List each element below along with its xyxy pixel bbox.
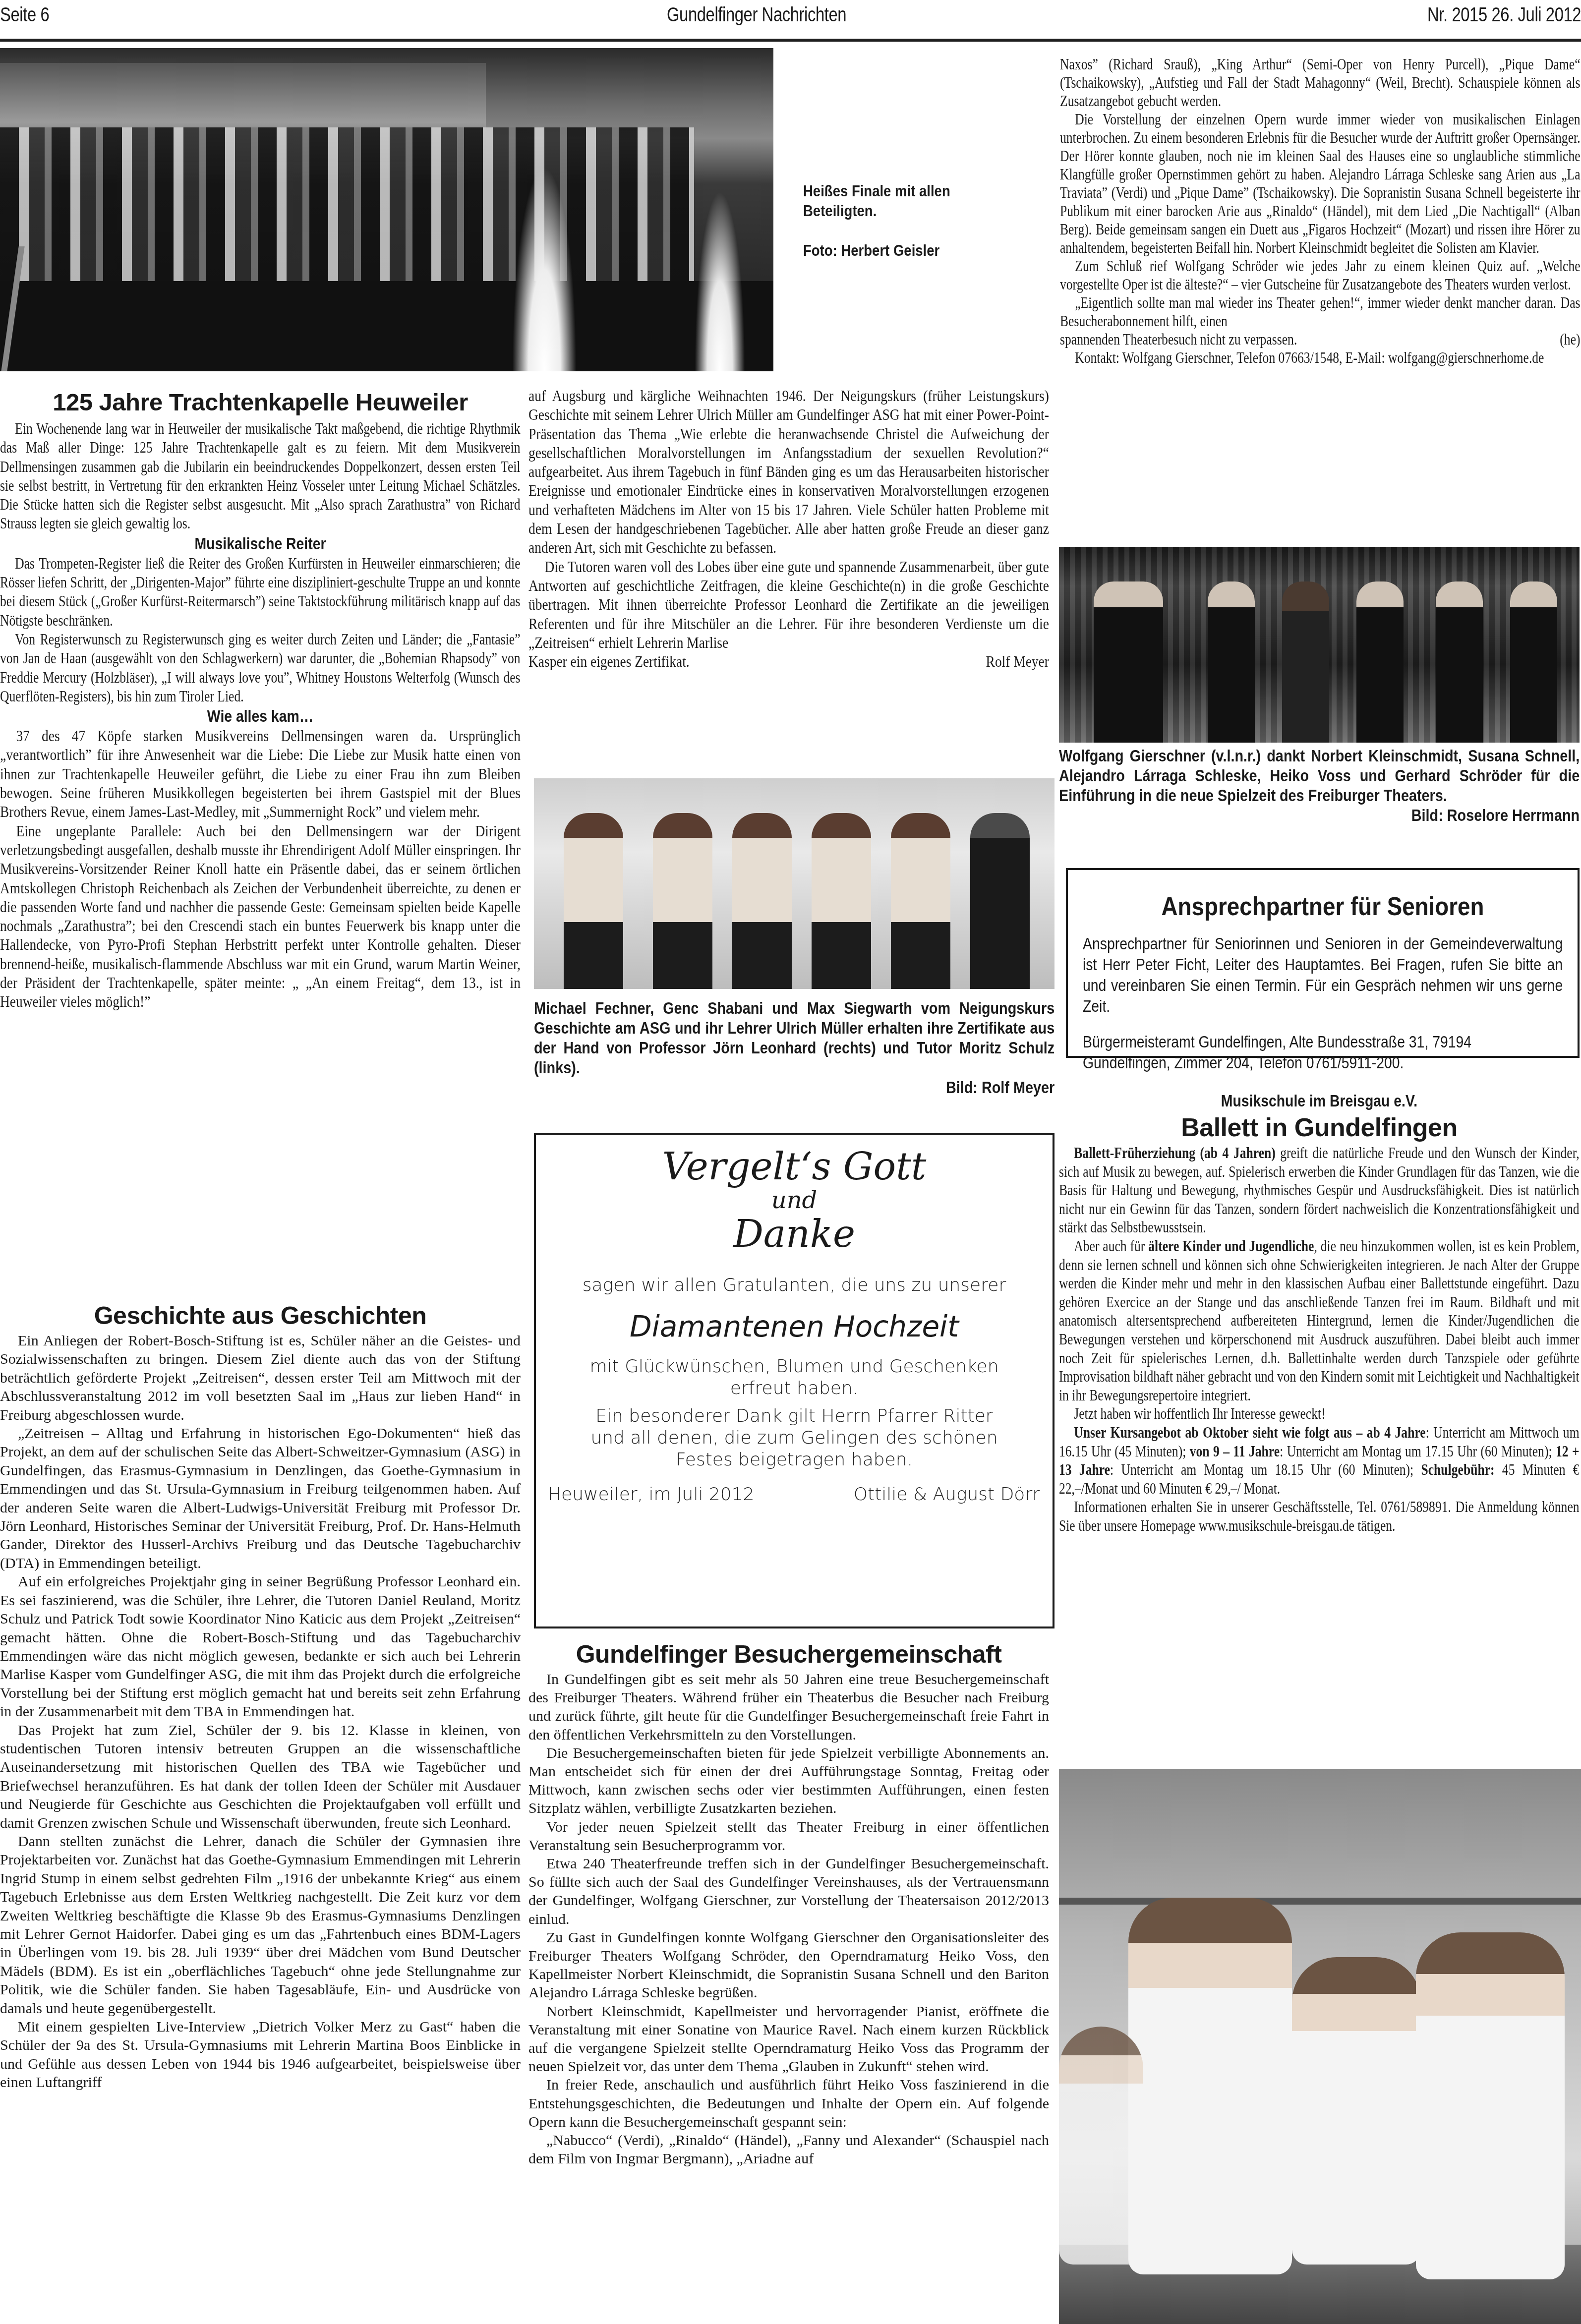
person	[1094, 581, 1163, 743]
child-dancer	[1128, 1898, 1292, 2274]
person	[564, 813, 623, 989]
paragraph: Von Registerwunsch zu Registerwunsch gin…	[0, 630, 521, 706]
issue-date: Nr. 2015 26. Juli 2012	[1427, 4, 1581, 26]
paragraph: „Eigentlich sollte man mal wieder ins Th…	[1060, 294, 1581, 331]
box-text: Ansprechpartner für Seniorinnen und Seni…	[1083, 933, 1563, 1017]
article-headline: Gundelfinger Besuchergemeinschaft	[528, 1638, 1049, 1670]
person	[1356, 581, 1404, 743]
ad-footer: Heuweiler, im Juli 2012 Ottilie & August…	[536, 1484, 1053, 1506]
ad-text: sagen wir allen Gratulanten, die uns zu …	[536, 1275, 1053, 1296]
article-headline: Ballett in Gundelfingen	[1059, 1111, 1580, 1144]
ad-title-connector: und	[536, 1187, 1053, 1213]
paragraph: Ballett-Früherziehung (ab 4 Jahren) grei…	[1059, 1144, 1580, 1237]
header-rule	[0, 39, 1581, 42]
fee-label: Schulgebühr:	[1421, 1461, 1494, 1478]
person	[1208, 581, 1255, 743]
author-signature: Rolf Meyer	[986, 652, 1049, 671]
schedule-label: von 9 – 11 Jahre	[1190, 1443, 1280, 1460]
ballet-children-photo	[1059, 1769, 1581, 2324]
paragraph: Ein Anliegen der Robert-Bosch-Stiftung i…	[0, 1332, 521, 1424]
paragraph: „Nabucco“ (Verdi), „Rinaldo“ (Händel), „…	[528, 2131, 1049, 2168]
paragraph: 37 des 47 Köpfe starken Musikvereins Del…	[0, 727, 521, 821]
person	[891, 813, 950, 989]
article-headline: 125 Jahre Trachtenkapelle Heuweiler	[0, 387, 521, 418]
person	[732, 813, 792, 989]
musicians	[0, 127, 694, 286]
author-signature: (he)	[1560, 331, 1580, 349]
paragraph: In Gundelfingen gibt es seit mehr als 50…	[528, 1670, 1049, 1744]
contact-info: Kontakt: Wolfgang Gierschner, Telefon 07…	[1060, 349, 1581, 367]
paragraph: Naxos” (Richard Srauß), „King Arthur“ (S…	[1060, 56, 1581, 111]
paragraph-text: Aber auch für	[1074, 1238, 1148, 1255]
paragraph: Jetzt haben wir hoffentlich Ihr Interess…	[1059, 1405, 1580, 1424]
theater-photo-caption: Wolfgang Gierschner (v.l.n.r.) dankt Nor…	[1059, 747, 1580, 826]
closing-line: spannenden Theaterbesuch nicht zu verpas…	[1060, 331, 1581, 349]
ad-title: Vergelt‘s Gott	[536, 1146, 1053, 1187]
paragraph: Dann stellten zunächst die Lehrer, danac…	[0, 1832, 521, 2018]
article-headline: Geschichte aus Geschichten	[0, 1300, 521, 1332]
paragraph-end: spannenden Theaterbesuch nicht zu verpas…	[1060, 331, 1297, 349]
paragraph: Zum Schluß rief Wolfgang Schröder wie je…	[1060, 257, 1581, 294]
stage-front	[0, 281, 773, 371]
bold-lead: Ballett-Früherziehung (ab 4 Jahren)	[1074, 1145, 1276, 1162]
paragraph: Die Besuchergemeinschaften bieten für je…	[528, 1744, 1049, 1818]
paragraph: Etwa 240 Theaterfreunde treffen sich in …	[528, 1855, 1049, 1928]
paragraph: Vor jeder neuen Spielzeit stellt das The…	[528, 1818, 1049, 1855]
paragraph: Die Vorstellung der einzelnen Opern wurd…	[1060, 111, 1581, 257]
person	[653, 813, 712, 989]
theater-ensemble-photo	[1059, 547, 1580, 743]
paragraph: Das Projekt hat zum Ziel, Schüler der 9.…	[0, 1721, 521, 1832]
paragraph: Aber auch für ältere Kinder und Jugendli…	[1059, 1237, 1580, 1405]
ad-text: mit Glückwünschen, Blumen und Geschenken	[536, 1356, 1053, 1378]
paragraph: Ein Wochenende lang war in Heuweiler der…	[0, 419, 521, 533]
caption-text: Michael Fechner, Genc Shabani und Max Si…	[534, 999, 1054, 1077]
article-kicker: Musikschule im Breisgau e.V.	[1096, 1091, 1543, 1111]
person	[1436, 581, 1483, 743]
schedule-slot: : Unterricht am Montag um 18.15 Uhr (60 …	[1110, 1461, 1421, 1478]
box-address: Bürgermeisteramt Gundelfingen, Alte Bund…	[1083, 1032, 1563, 1073]
box-headline: Ansprechpartner für Senioren	[1112, 892, 1534, 922]
ballet-barre	[1059, 1898, 1581, 1905]
schedule-label: Unser Kursangebot ab Oktober sieht wie f…	[1074, 1424, 1425, 1441]
article-trachtenkapelle: 125 Jahre Trachtenkapelle Heuweiler Ein …	[0, 387, 521, 1012]
article-geschichte-continued: auf Augsburg und kärgliche Weihnachten 1…	[528, 387, 1049, 671]
paragraph: Informationen erhalten Sie in unserer Ge…	[1059, 1498, 1580, 1535]
article-geschichte: Geschichte aus Geschichten Ein Anliegen …	[0, 1300, 521, 2092]
photo-credit: Bild: Roselore Herrmann	[1411, 806, 1580, 826]
paragraph: „Zeitreisen – Alltag und Erfahrung in hi…	[0, 1424, 521, 1572]
page-header: Seite 6 Gundelfinger Nachrichten Nr. 201…	[0, 0, 1581, 40]
paragraph: Mit einem gespielten Live-Interview „Die…	[0, 2018, 521, 2092]
closing-line: Kasper ein eigenes Zertifikat. Rolf Meye…	[528, 652, 1049, 671]
students-photo-caption: Michael Fechner, Genc Shabani und Max Si…	[534, 999, 1054, 1098]
child-dancer	[1059, 2027, 1143, 2265]
ad-text: Festes beigetragen haben.	[536, 1449, 1053, 1471]
photo-credit: Foto: Herbert Geisler	[803, 240, 982, 260]
publication-title: Gundelfinger Nachrichten	[667, 4, 846, 26]
paragraph: auf Augsburg und kärgliche Weihnachten 1…	[528, 387, 1049, 558]
page-number: Seite 6	[0, 4, 49, 26]
child-dancer	[1416, 1932, 1565, 2279]
seniors-contact-box: Ansprechpartner für Senioren Ansprechpar…	[1066, 868, 1580, 1058]
fireworks-fountain	[684, 88, 773, 371]
ad-text: und all denen, die zum Gelingen des schö…	[536, 1427, 1053, 1449]
subheading: Wie alles kam…	[37, 706, 484, 727]
person	[1510, 581, 1557, 743]
paragraph: Norbert Kleinschmidt, Kapellmeister und …	[528, 2002, 1049, 2076]
bold-lead: ältere Kinder und Jugendliche	[1148, 1238, 1314, 1255]
paragraph: In freier Rede, anschaulich und ausführl…	[528, 2076, 1049, 2131]
ad-text: erfreut haben.	[536, 1378, 1053, 1399]
thank-you-ad: Vergelt‘s Gott und Danke sagen wir allen…	[534, 1133, 1054, 1628]
ad-text: Ein besonderer Dank gilt Herrn Pfarrer R…	[536, 1405, 1053, 1427]
photo-credit: Bild: Rolf Meyer	[534, 1078, 1054, 1098]
concert-photo-caption: Heißes Finale mit allen Beteiligten. Fot…	[803, 181, 982, 260]
paragraph-end: Kasper ein eigenes Zertifikat.	[528, 652, 690, 671]
ad-occasion: Diamantenen Hochzeit	[536, 1309, 1053, 1344]
ad-place-date: Heuweiler, im Juli 2012	[548, 1484, 754, 1506]
students-certificate-photo	[534, 778, 1054, 989]
ad-title: Danke	[536, 1213, 1053, 1255]
caption-text: Heißes Finale mit allen Beteiligten.	[803, 181, 982, 221]
schedule-slot: : Unterricht am Montag um 17.15 Uhr (60 …	[1280, 1443, 1556, 1460]
person	[1282, 581, 1329, 743]
ad-signature: Ottilie & August Dörr	[854, 1484, 1040, 1506]
article-besuchergemeinschaft: Gundelfinger Besuchergemeinschaft In Gun…	[528, 1638, 1049, 2168]
paragraph: Das Trompeten-Register ließ die Reiter d…	[0, 554, 521, 630]
subheading: Musikalische Reiter	[37, 533, 484, 554]
person	[812, 813, 871, 989]
paragraph: Eine ungeplante Parallele: Auch bei den …	[0, 822, 521, 1012]
fireworks-fountain	[476, 48, 590, 371]
course-schedule: Unser Kursangebot ab Oktober sieht wie f…	[1059, 1424, 1580, 1498]
paragraph: Die Tutoren waren voll des Lobes über ei…	[528, 558, 1049, 652]
paragraph-text: , die neu hinzukommen wollen, ist es kei…	[1059, 1238, 1580, 1404]
person	[970, 813, 1030, 989]
concert-photo	[0, 48, 773, 371]
paragraph: Zu Gast in Gundelfingen konnte Wolfgang …	[528, 1928, 1049, 2002]
child-dancer	[1292, 1957, 1421, 2265]
caption-text: Wolfgang Gierschner (v.l.n.r.) dankt Nor…	[1059, 747, 1580, 805]
article-ballett: Musikschule im Breisgau e.V. Ballett in …	[1059, 1091, 1580, 1535]
paragraph: Auf ein erfolgreiches Projektjahr ging i…	[0, 1572, 521, 1721]
article-besuchergemeinschaft-continued: Naxos” (Richard Srauß), „King Arthur“ (S…	[1060, 56, 1581, 367]
